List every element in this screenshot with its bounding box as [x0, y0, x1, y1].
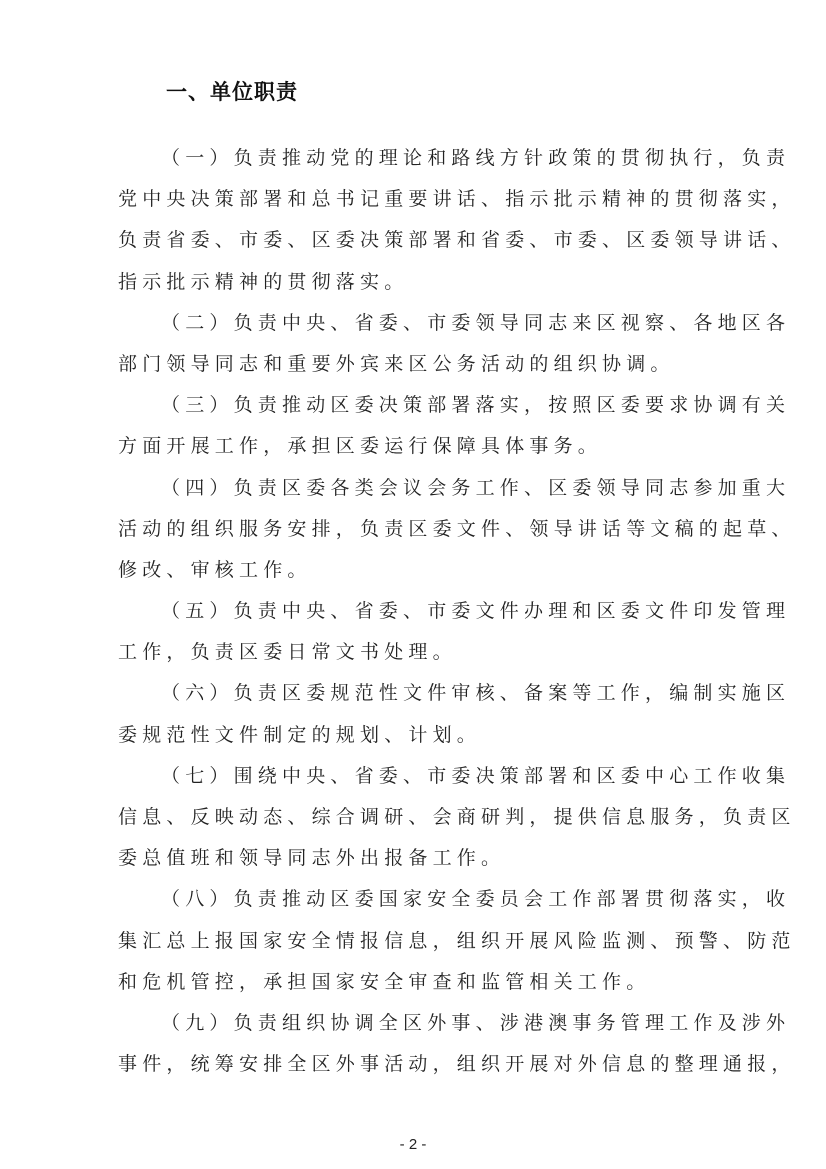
paragraph-line: 工作，负责区委日常文书处理。 — [118, 632, 718, 673]
paragraph-line: 委总值班和领导同志外出报备工作。 — [118, 838, 718, 879]
paragraph-line: 委规范性文件制定的规划、计划。 — [118, 715, 718, 756]
paragraph-first-line: （九）负责组织协调全区外事、涉港澳事务管理工作及涉外 — [118, 1003, 718, 1044]
paragraph-first-line: （七）围绕中央、省委、市委决策部署和区委中心工作收集 — [118, 756, 718, 797]
paragraph-line: 党中央决策部署和总书记重要讲话、指示批示精神的贯彻落实， — [118, 179, 718, 220]
paragraph-first-line: （一）负责推动党的理论和路线方针政策的贯彻执行，负责 — [118, 138, 718, 179]
paragraph-line: 指示批示精神的贯彻落实。 — [118, 262, 718, 303]
paragraph-first-line: （八）负责推动区委国家安全委员会工作部署贯彻落实，收 — [118, 879, 718, 920]
paragraph-line: 部门领导同志和重要外宾来区公务活动的组织协调。 — [118, 344, 718, 385]
paragraph-line: 信息、反映动态、综合调研、会商研判，提供信息服务，负责区 — [118, 797, 718, 838]
paragraph-line: 负责省委、市委、区委决策部署和省委、市委、区委领导讲话、 — [118, 220, 718, 261]
document-page: 一、单位职责 （一）负责推动党的理论和路线方针政策的贯彻执行，负责党中央决策部署… — [0, 0, 826, 1169]
page-number: - 2 - — [0, 1136, 826, 1153]
section-heading: 一、单位职责 — [166, 76, 298, 106]
paragraph-first-line: （六）负责区委规范性文件审核、备案等工作，编制实施区 — [118, 673, 718, 714]
paragraph-line: 活动的组织服务安排，负责区委文件、领导讲话等文稿的起草、 — [118, 509, 718, 550]
paragraph-first-line: （三）负责推动区委决策部署落实，按照区委要求协调有关 — [118, 385, 718, 426]
paragraph-first-line: （四）负责区委各类会议会务工作、区委领导同志参加重大 — [118, 468, 718, 509]
paragraph-line: 事件，统筹安排全区外事活动，组织开展对外信息的整理通报， — [118, 1044, 718, 1085]
paragraph-first-line: （二）负责中央、省委、市委领导同志来区视察、各地区各 — [118, 303, 718, 344]
paragraph-line: 方面开展工作，承担区委运行保障具体事务。 — [118, 426, 718, 467]
body-text: （一）负责推动党的理论和路线方针政策的贯彻执行，负责党中央决策部署和总书记重要讲… — [118, 138, 718, 1085]
paragraph-line: 和危机管控，承担国家安全审查和监管相关工作。 — [118, 962, 718, 1003]
paragraph-line: 集汇总上报国家安全情报信息，组织开展风险监测、预警、防范 — [118, 921, 718, 962]
paragraph-line: 修改、审核工作。 — [118, 550, 718, 591]
paragraph-first-line: （五）负责中央、省委、市委文件办理和区委文件印发管理 — [118, 591, 718, 632]
